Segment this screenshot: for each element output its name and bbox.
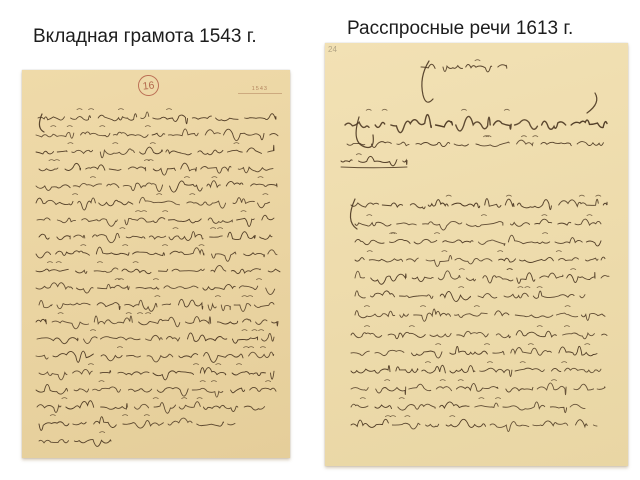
slide-canvas: Вкладная грамота 1543 г. Расспросные реч…: [0, 0, 640, 480]
right-handwriting-ink: [325, 43, 628, 466]
left-figure-caption: Вкладная грамота 1543 г.: [33, 24, 289, 50]
right-manuscript-image: 24: [325, 43, 628, 466]
right-figure-caption: Расспросные речи 1613 г.: [347, 16, 591, 42]
left-manuscript-image: 16 1543: [22, 70, 290, 458]
left-handwriting-ink: [22, 70, 290, 458]
